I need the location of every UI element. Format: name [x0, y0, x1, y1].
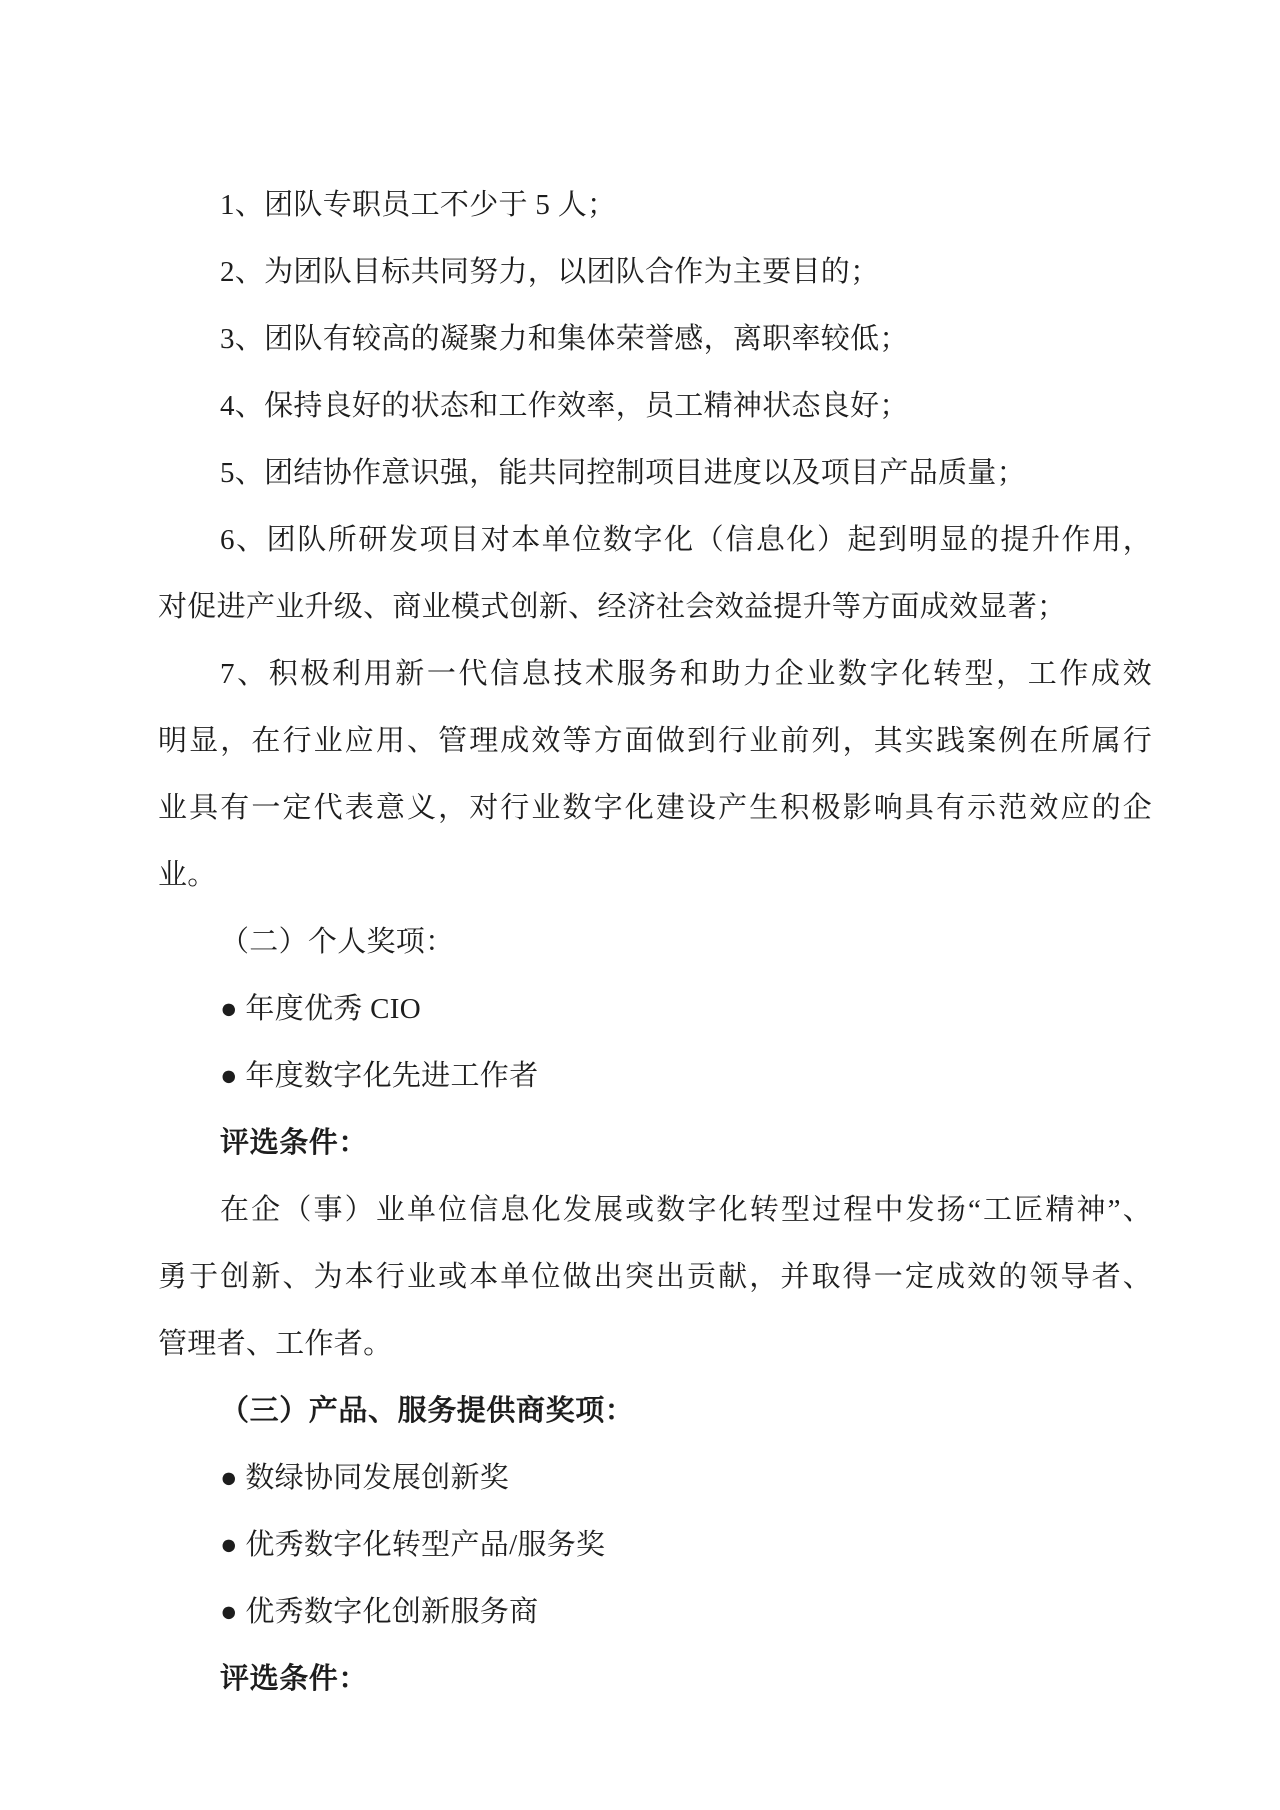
text-line: 对促进产业升级、商业模式创新、经济社会效益提升等方面成效显著；: [158, 574, 1152, 641]
document-body: 1、团队专职员工不少于 5 人；2、为团队目标共同努力，以团队合作为主要目的；3…: [158, 172, 1152, 1713]
text-line: 1、团队专职员工不少于 5 人；: [158, 172, 1152, 239]
text-line: 5、团结协作意识强，能共同控制项目进度以及项目产品质量；: [158, 440, 1152, 507]
bullet-item: ● 年度优秀 CIO: [158, 976, 1152, 1043]
document-page: 1、团队专职员工不少于 5 人；2、为团队目标共同努力，以团队合作为主要目的；3…: [0, 0, 1280, 1810]
text-line: 4、保持良好的状态和工作效率，员工精神状态良好；: [158, 373, 1152, 440]
bullet-item: ● 优秀数字化转型产品/服务奖: [158, 1512, 1152, 1579]
text-line: 业。: [158, 842, 1152, 909]
text-line: 7、积极利用新一代信息技术服务和助力企业数字化转型，工作成效: [158, 641, 1152, 708]
bullet-item: ● 数绿协同发展创新奖: [158, 1445, 1152, 1512]
heading-line: 评选条件：: [158, 1646, 1152, 1713]
text-line: 在企（事）业单位信息化发展或数字化转型过程中发扬“工匠精神”、: [158, 1177, 1152, 1244]
text-line: 3、团队有较高的凝聚力和集体荣誉感，离职率较低；: [158, 306, 1152, 373]
text-line: 2、为团队目标共同努力，以团队合作为主要目的；: [158, 239, 1152, 306]
text-line: 明显，在行业应用、管理成效等方面做到行业前列，其实践案例在所属行: [158, 708, 1152, 775]
bullet-item: ● 年度数字化先进工作者: [158, 1043, 1152, 1110]
bullet-item: ● 优秀数字化创新服务商: [158, 1579, 1152, 1646]
text-line: 勇于创新、为本行业或本单位做出突出贡献，并取得一定成效的领导者、: [158, 1244, 1152, 1311]
text-line: （二）个人奖项：: [158, 909, 1152, 976]
text-line: 业具有一定代表意义，对行业数字化建设产生积极影响具有示范效应的企: [158, 775, 1152, 842]
text-line: 6、团队所研发项目对本单位数字化（信息化）起到明显的提升作用，: [158, 507, 1152, 574]
heading-line: （三）产品、服务提供商奖项：: [158, 1378, 1152, 1445]
heading-line: 评选条件：: [158, 1110, 1152, 1177]
text-line: 管理者、工作者。: [158, 1311, 1152, 1378]
